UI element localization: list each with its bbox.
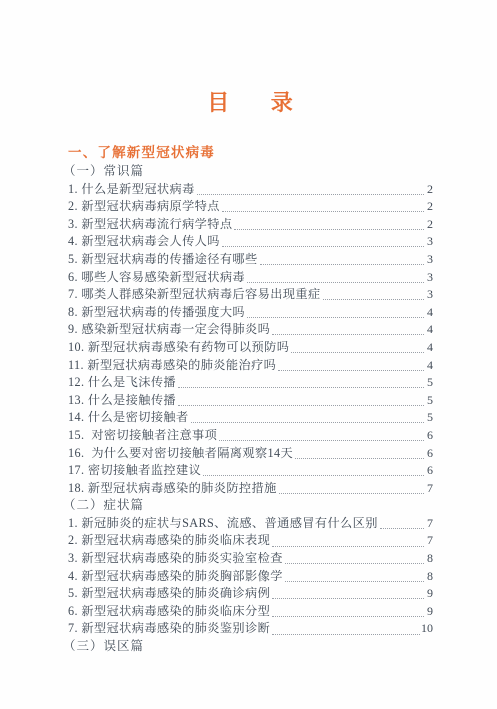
toc-row: 16. 为什么要对密切接触者隔离观察14天6 [68, 445, 433, 463]
toc-section-title: 一、了解新型冠状病毒 [68, 143, 433, 163]
toc-row: 11. 新型冠状病毒感染的肺炎能治疗吗4 [68, 357, 433, 375]
toc-item-page: 7 [425, 480, 433, 498]
toc-item-page: 4 [425, 339, 433, 357]
toc-group-heading: （二）症状篇 [63, 497, 433, 515]
toc-item-label: 13. 什么是接触传播 [68, 392, 176, 410]
dotted-leader [272, 598, 424, 599]
toc-item-page: 3 [425, 233, 433, 251]
toc-page: 目 录 一、了解新型冠状病毒 （一）常识篇1. 什么是新型冠状病毒22. 新型冠… [0, 0, 497, 709]
dotted-leader [380, 528, 424, 529]
toc-row: 5. 新型冠状病毒的传播途径有哪些3 [68, 251, 433, 269]
toc-item-label: 7. 哪类人群感染新型冠状病毒后容易出现重症 [68, 286, 321, 304]
toc-item-label: 5. 新型冠状病毒感染的肺炎确诊病例 [68, 585, 270, 603]
dotted-leader [222, 246, 424, 247]
toc-row: 3. 新型冠状病毒流行病学特点2 [68, 216, 433, 234]
toc-row: 12. 什么是飞沫传播5 [68, 374, 433, 392]
toc-row: 3. 新型冠状病毒感染的肺炎实验室检查8 [68, 550, 433, 568]
toc-row: 7. 哪类人群感染新型冠状病毒后容易出现重症3 [68, 286, 433, 304]
toc-item-label: 10. 新型冠状病毒感染有药物可以预防吗 [68, 339, 289, 357]
toc-groups: （一）常识篇1. 什么是新型冠状病毒22. 新型冠状病毒病原学特点23. 新型冠… [68, 163, 433, 656]
toc-item-label: 8. 新型冠状病毒的传播强度大吗 [68, 304, 245, 322]
dotted-leader [178, 387, 424, 388]
dotted-leader [272, 634, 420, 635]
page-title: 目 录 [68, 86, 433, 117]
toc-row: 2. 新型冠状病毒病原学特点2 [68, 198, 433, 216]
toc-row: 10. 新型冠状病毒感染有药物可以预防吗4 [68, 339, 433, 357]
toc-item-page: 8 [425, 568, 433, 586]
toc-row: 2. 新型冠状病毒感染的肺炎临床表现7 [68, 532, 433, 550]
toc-row: 7. 新型冠状病毒感染的肺炎鉴别诊断10 [68, 620, 433, 638]
toc-row: 13. 什么是接触传播5 [68, 392, 433, 410]
toc-row: 1. 什么是新型冠状病毒2 [68, 181, 433, 199]
toc-group-heading: （一）常识篇 [63, 163, 433, 181]
toc-item-label: 12. 什么是飞沫传播 [68, 374, 176, 392]
toc-row: 6. 新型冠状病毒感染的肺炎临床分型9 [68, 603, 433, 621]
toc-item-page: 7 [425, 515, 433, 533]
toc-row: 17. 密切接触者监控建议6 [68, 462, 433, 480]
toc-item-page: 4 [425, 304, 433, 322]
toc-item-label: 11. 新型冠状病毒感染的肺炎能治疗吗 [68, 357, 276, 375]
toc-item-label: 5. 新型冠状病毒的传播途径有哪些 [68, 251, 258, 269]
toc-item-page: 3 [425, 269, 433, 287]
toc-row: 4. 新型冠状病毒会人传人吗3 [68, 233, 433, 251]
dotted-leader [272, 334, 424, 335]
toc-item-label: 15. 对密切接触者注意事项 [68, 427, 217, 445]
toc-item-label: 1. 什么是新型冠状病毒 [68, 181, 195, 199]
toc-item-page: 6 [425, 462, 433, 480]
toc-item-label: 1. 新冠肺炎的症状与SARS、流感、普通感冒有什么区别 [68, 515, 378, 533]
toc-item-label: 2. 新型冠状病毒病原学特点 [68, 198, 220, 216]
dotted-leader [323, 299, 424, 300]
dotted-leader [219, 440, 424, 441]
toc-item-page: 8 [425, 550, 433, 568]
dotted-leader [247, 317, 424, 318]
toc-item-label: 3. 新型冠状病毒流行病学特点 [68, 216, 232, 234]
toc-row: 8. 新型冠状病毒的传播强度大吗4 [68, 304, 433, 322]
dotted-leader [285, 581, 424, 582]
dotted-leader [295, 458, 424, 459]
toc-item-label: 3. 新型冠状病毒感染的肺炎实验室检查 [68, 550, 283, 568]
toc-item-page: 5 [425, 374, 433, 392]
dotted-leader [203, 475, 424, 476]
toc-item-label: 14. 什么是密切接触者 [68, 409, 189, 427]
dotted-leader [260, 264, 424, 265]
toc-group-heading: （三）误区篇 [63, 638, 433, 656]
dotted-leader [272, 616, 424, 617]
toc-item-page: 9 [425, 585, 433, 603]
dotted-leader [279, 493, 424, 494]
toc-item-label: 17. 密切接触者监控建议 [68, 462, 201, 480]
toc-item-label: 4. 新型冠状病毒感染的肺炎胸部影像学 [68, 568, 283, 586]
dotted-leader [272, 546, 424, 547]
toc-row: 9. 感染新型冠状病毒一定会得肺炎吗4 [68, 321, 433, 339]
toc-item-page: 3 [425, 251, 433, 269]
dotted-leader [291, 352, 424, 353]
dotted-leader [178, 405, 424, 406]
toc-item-page: 10 [421, 620, 433, 638]
toc-item-label: 7. 新型冠状病毒感染的肺炎鉴别诊断 [68, 620, 270, 638]
dotted-leader [285, 563, 424, 564]
toc-item-page: 5 [425, 392, 433, 410]
toc-row: 1. 新冠肺炎的症状与SARS、流感、普通感冒有什么区别7 [68, 515, 433, 533]
toc-item-page: 3 [425, 286, 433, 304]
dotted-leader [234, 229, 424, 230]
toc-item-label: 6. 哪些人容易感染新型冠状病毒 [68, 269, 245, 287]
toc-item-page: 2 [425, 198, 433, 216]
toc-row: 15. 对密切接触者注意事项6 [68, 427, 433, 445]
toc-item-label: 18. 新型冠状病毒感染的肺炎防控措施 [68, 480, 277, 498]
toc-item-page: 2 [425, 216, 433, 234]
toc-item-page: 6 [425, 427, 433, 445]
toc-item-page: 6 [425, 445, 433, 463]
toc-item-page: 7 [425, 532, 433, 550]
toc-item-label: 6. 新型冠状病毒感染的肺炎临床分型 [68, 603, 270, 621]
toc-item-page: 2 [425, 181, 433, 199]
dotted-leader [191, 422, 424, 423]
toc-row: 18. 新型冠状病毒感染的肺炎防控措施7 [68, 480, 433, 498]
toc-item-label: 16. 为什么要对密切接触者隔离观察14天 [68, 445, 293, 463]
toc-item-page: 5 [425, 409, 433, 427]
dotted-leader [247, 282, 424, 283]
toc-row: 4. 新型冠状病毒感染的肺炎胸部影像学8 [68, 568, 433, 586]
toc-item-label: 2. 新型冠状病毒感染的肺炎临床表现 [68, 532, 270, 550]
dotted-leader [197, 194, 424, 195]
toc-item-page: 4 [425, 357, 433, 375]
toc-item-label: 9. 感染新型冠状病毒一定会得肺炎吗 [68, 321, 270, 339]
toc-row: 5. 新型冠状病毒感染的肺炎确诊病例9 [68, 585, 433, 603]
toc: 一、了解新型冠状病毒 （一）常识篇1. 什么是新型冠状病毒22. 新型冠状病毒病… [68, 143, 433, 656]
toc-item-page: 9 [425, 603, 433, 621]
dotted-leader [278, 370, 424, 371]
toc-row: 14. 什么是密切接触者5 [68, 409, 433, 427]
toc-item-page: 4 [425, 321, 433, 339]
toc-row: 6. 哪些人容易感染新型冠状病毒3 [68, 269, 433, 287]
toc-item-label: 4. 新型冠状病毒会人传人吗 [68, 233, 220, 251]
dotted-leader [222, 211, 424, 212]
